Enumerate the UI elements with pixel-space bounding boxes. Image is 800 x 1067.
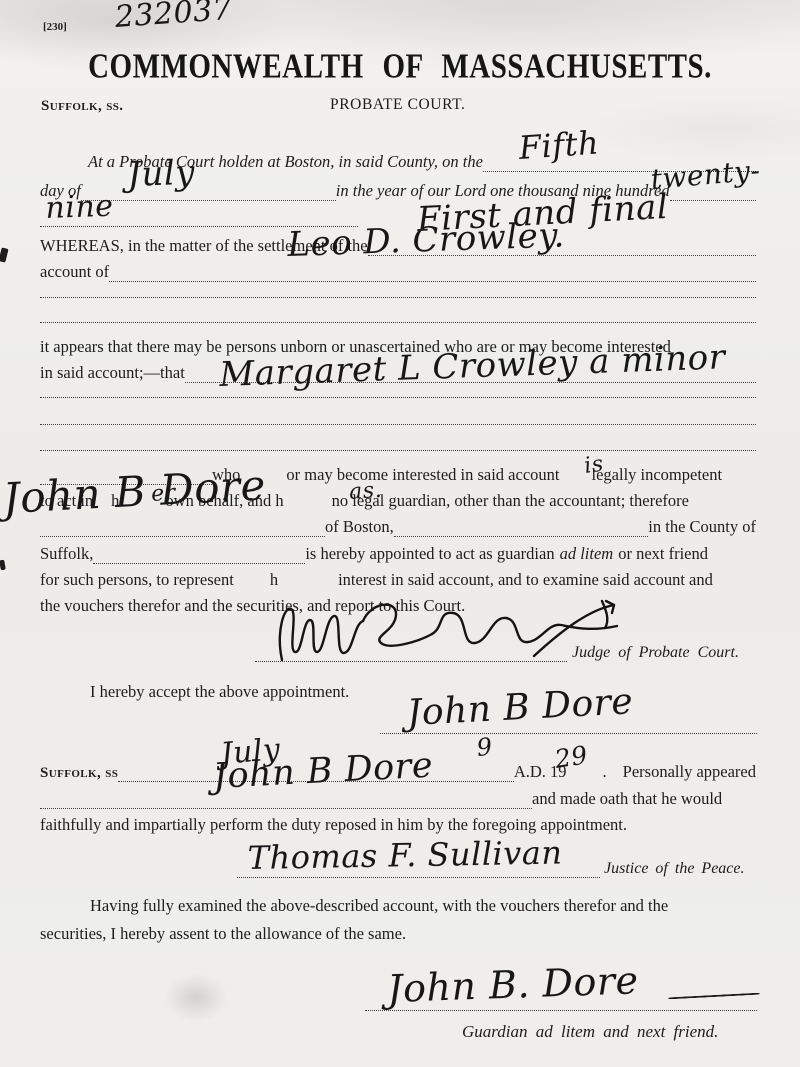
oath-line-2: and made oath that he would — [40, 789, 756, 809]
made-oath-text: and made oath that he would — [532, 789, 722, 809]
represent-line: for such persons, to represent h interes… — [40, 570, 713, 590]
who-mid-text: or may become interested in said account — [286, 465, 559, 485]
year-handwritten-2: nine — [45, 192, 114, 224]
faithfully-text: faithfully and impartially perform the d… — [40, 815, 627, 835]
account-of-label: account of — [40, 262, 109, 282]
docket-number-handwritten: 232037 — [114, 0, 233, 33]
dotted-line — [81, 195, 336, 201]
signature-flourish — [668, 993, 760, 1000]
county-heading: Suffolk, ss. — [41, 98, 123, 115]
oath-county-label: Suffolk, ss — [40, 764, 118, 782]
oath-year-handwritten: 29 — [553, 742, 589, 772]
personally-appeared-text: Personally appeared — [623, 762, 756, 782]
assent-text-1: Having fully examined the above-describe… — [90, 896, 668, 916]
account-of-line: account of — [40, 262, 756, 282]
form-blank — [560, 484, 592, 485]
appointed-text-post: or next friend — [618, 544, 708, 564]
dotted-line — [40, 424, 756, 425]
dotted-line — [394, 531, 649, 537]
represent-text-1: for such persons, to represent — [40, 570, 234, 590]
acceptance-line: I hereby accept the above appointment. — [90, 682, 349, 702]
dotted-line — [670, 195, 756, 201]
dotted-line — [40, 397, 756, 398]
dotted-line — [93, 558, 305, 564]
assent-signature-handwritten: John B. Dore — [387, 961, 639, 1008]
is-handwritten: is — [583, 454, 605, 478]
scan-artifact — [0, 560, 6, 571]
accountant-handwritten: Leo D. Crowley. — [287, 218, 566, 262]
h-blank-2: h — [270, 570, 278, 590]
form-blank — [234, 589, 270, 590]
of-boston-label: of Boston, — [325, 517, 394, 537]
assent-text-2: securities, I hereby assent to the allow… — [40, 924, 406, 944]
form-blank — [284, 510, 332, 511]
judge-title: Judge of Probate Court. — [572, 644, 739, 662]
month-handwritten: July — [127, 156, 196, 192]
assent-line-1: Having fully examined the above-describe… — [90, 896, 668, 916]
act-text-3: no legal guardian, other than the accoun… — [332, 491, 689, 511]
form-blank — [607, 781, 623, 782]
suffolk-label: Suffolk, — [40, 544, 93, 564]
acceptance-signature-handwritten: John B Dore — [406, 684, 634, 732]
dotted-line — [109, 276, 756, 282]
dotted-line — [365, 1010, 757, 1011]
in-county-label: in the County of — [648, 517, 756, 537]
dotted-line — [40, 803, 532, 809]
assent-line-2: securities, I hereby assent to the allow… — [40, 924, 406, 944]
dotted-line — [40, 297, 756, 298]
dotted-line — [380, 733, 757, 734]
form-blank — [567, 781, 603, 782]
period-label: . — [603, 762, 607, 782]
ad-litem-label: ad litem — [560, 544, 614, 564]
guardian-name-handwritten: John B Dore — [2, 464, 267, 520]
court-heading: PROBATE COURT. — [330, 96, 466, 114]
justice-title: Justice of the Peace. — [604, 860, 745, 878]
day-handwritten: Fifth — [518, 126, 600, 164]
probate-court-document: [230] 232037 COMMONWEALTH OF MASSACHUSET… — [0, 0, 800, 1067]
acceptance-text: I hereby accept the above appointment. — [90, 682, 349, 702]
oath-line-3: faithfully and impartially perform the d… — [40, 815, 627, 835]
dotted-line — [40, 450, 756, 451]
finding-text-2: in said account;—that — [40, 363, 185, 383]
appointed-text-pre: is hereby appointed to act as guardian — [305, 544, 554, 564]
suffolk-line: Suffolk, is hereby appointed to act as g… — [40, 544, 756, 564]
appointee-line: of Boston, in the County of — [40, 517, 756, 537]
represent-text-2: interest in said account, and to examine… — [338, 570, 713, 590]
page-title: COMMONWEALTH OF MASSACHUSETTS. — [0, 47, 800, 87]
has-handwritten: as. — [348, 480, 382, 504]
oath-day-handwritten: 9 — [475, 734, 493, 760]
scan-artifact — [0, 247, 9, 262]
form-blank — [278, 589, 338, 590]
dotted-line — [40, 531, 325, 537]
who-post-text: legally incompetent — [592, 465, 723, 485]
guardian-title: Guardian ad litem and next friend. — [462, 1022, 718, 1042]
dotted-line — [40, 322, 756, 323]
justice-signature-handwritten: Thomas F. Sullivan — [247, 837, 562, 874]
dotted-line — [237, 877, 600, 878]
form-number: [230] — [43, 21, 67, 33]
